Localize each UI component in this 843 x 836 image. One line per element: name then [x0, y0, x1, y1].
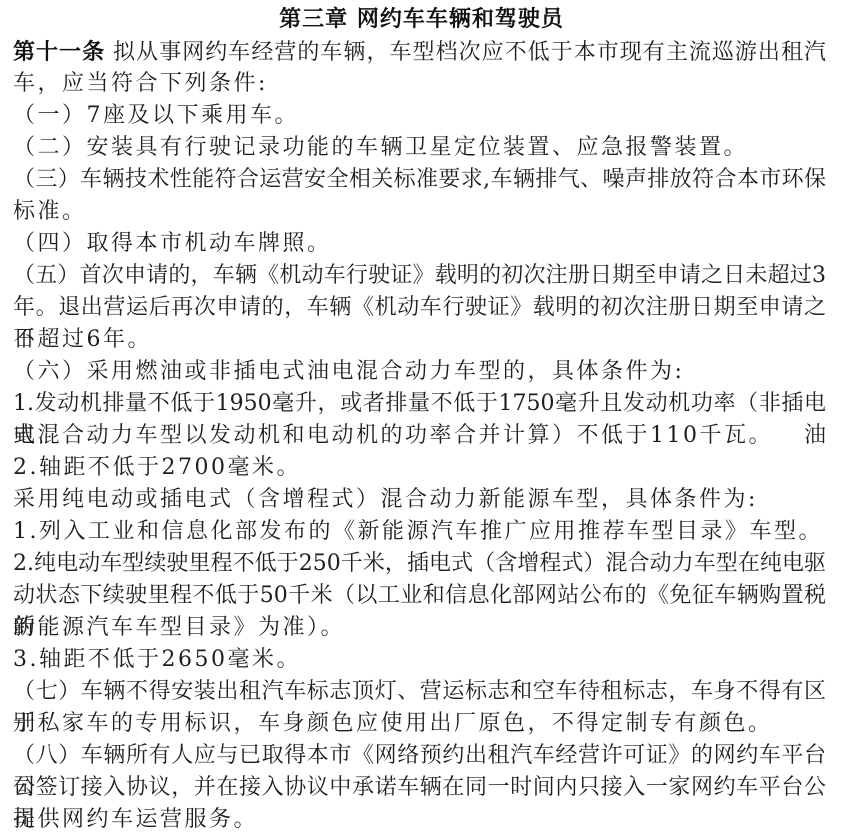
condition-6-ev-item-3: 3.轴距不低于2650毫米。	[13, 644, 826, 676]
condition-6-ev-item-2: 2.纯电动车型续驶里程不低于250千米，插电式（含增程式）混合动力车型在纯电驱	[13, 548, 826, 580]
condition-4: （四）取得本市机动车牌照。	[13, 228, 826, 260]
condition-2: （二）安装具有行驶记录功能的车辆卫星定位装置、应急报警装置。	[13, 132, 826, 164]
condition-8: （八）车辆所有人应与已取得本市《网络预约出租汽车经营许可证》的网约车平台公	[13, 740, 826, 772]
chapter-title: 第三章 网约车车辆和驾驶员	[0, 4, 843, 34]
condition-3-cont: 标准。	[13, 196, 826, 228]
condition-7-cont: 于私家车的专用标识，车身颜色应使用出厂原色，不得定制专有颜色。	[13, 708, 826, 740]
article-line-2: 车，应当符合下列条件:	[13, 68, 826, 100]
document-page: 第三章 网约车车辆和驾驶员 第十一条 拟从事网约车经营的车辆，车型档次应不低于本…	[0, 0, 843, 836]
condition-6-ev-intro: 采用纯电动或插电式（含增程式）混合动力新能源车型，具体条件为:	[13, 484, 826, 516]
condition-7: （七）车辆不得安装出租汽车标志顶灯、营运标志和空车待租标志，车身不得有区别	[13, 676, 826, 708]
condition-5-cont-2: 不超过6年。	[13, 324, 826, 356]
condition-6-item-1-cont: 电混合动力车型以发动机和电动机的功率合并计算）不低于110千瓦。	[13, 420, 826, 452]
condition-1: （一）7座及以下乘用车。	[13, 100, 826, 132]
condition-6: （六）采用燃油或非插电式油电混合动力车型的，具体条件为:	[13, 356, 826, 388]
article-text: 拟从事网约车经营的车辆，车型档次应不低于本市现有主流巡游出租汽	[105, 40, 826, 65]
condition-8-cont-2: 提供网约车运营服务。	[13, 804, 826, 836]
condition-8-cont-1: 司签订接入协议，并在接入协议中承诺车辆在同一时间内只接入一家网约车平台公司	[13, 772, 826, 804]
condition-6-ev-item-1: 1.列入工业和信息化部发布的《新能源汽车推广应用推荐车型目录》车型。	[13, 516, 826, 548]
article-line-1: 第十一条 拟从事网约车经营的车辆，车型档次应不低于本市现有主流巡游出租汽	[13, 36, 826, 68]
condition-6-ev-item-2-cont-2: 新能源汽车车型目录》为准）。	[13, 612, 826, 644]
condition-6-ev-item-2-cont-1: 动状态下续驶里程不低于50千米（以工业和信息化部网站公布的《免征车辆购置税的	[13, 580, 826, 612]
article-label: 第十一条	[13, 39, 105, 65]
condition-6-item-2: 2.轴距不低于2700毫米。	[13, 452, 826, 484]
condition-5-cont-1: 年。退出营运后再次申请的，车辆《机动车行驶证》载明的初次注册日期至申请之日	[13, 292, 826, 324]
condition-5: （五）首次申请的，车辆《机动车行驶证》载明的初次注册日期至申请之日未超过3	[13, 260, 826, 292]
condition-3: （三）车辆技术性能符合运营安全相关标准要求,车辆排气、噪声排放符合本市环保	[13, 164, 826, 196]
condition-6-item-1: 1.发动机排量不低于1950毫升，或者排量不低于1750毫升且发动机功率（非插电…	[13, 388, 826, 420]
